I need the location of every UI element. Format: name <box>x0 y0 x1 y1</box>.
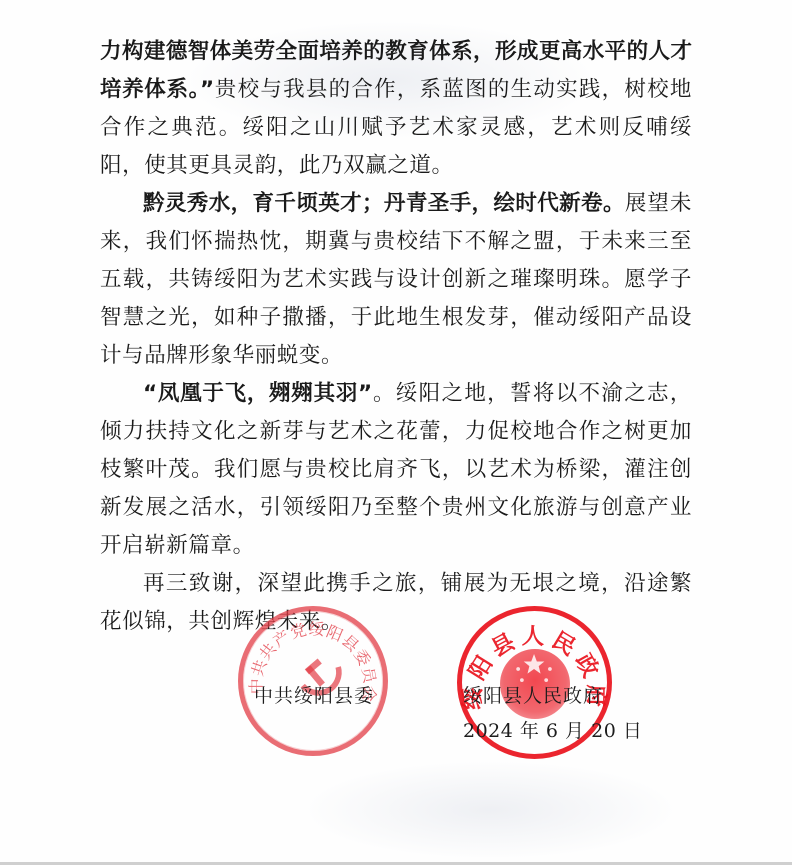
paragraph-2: 黔灵秀水，育千顷英才；丹青圣手，绘时代新卷。展望未来，我们怀揣热忱，期冀与贵校结… <box>100 185 692 375</box>
signer-government: 绥阳县人民政府 <box>463 681 603 708</box>
heading-phrase: 黔灵秀水，育千顷英才；丹青圣手，绘时代新卷。 <box>143 191 625 216</box>
letter-body: 力构建德智体美劳全面培养的教育体系，形成更高水平的人才培养体系。”贵校与我县的合… <box>100 33 692 641</box>
document-page: 力构建德智体美劳全面培养的教育体系，形成更高水平的人才培养体系。”贵校与我县的合… <box>0 0 792 865</box>
heading-phrase: “凤凰于飞，翙翙其羽” <box>143 381 372 406</box>
signature-date: 2024 年 6 月 20 日 <box>463 716 642 743</box>
scan-bleed-through <box>300 760 680 860</box>
paragraph-3: “凤凰于飞，翙翙其羽”。绥阳之地，誓将以不渝之志，倾力扶持文化之新芽与艺术之花蕾… <box>100 375 692 565</box>
paragraph-text: 。绥阳之地，誓将以不渝之志，倾力扶持文化之新芽与艺术之花蕾，力促校地合作之树更加… <box>100 381 692 558</box>
star-icon <box>524 654 545 674</box>
paragraph-text: 展望未来，我们怀揣热忱，期冀与贵校结下不解之盟，于未来三至五载，共铸绥阳为艺术实… <box>100 191 692 368</box>
signer-party-committee: 中共绥阳县委 <box>254 681 374 708</box>
paragraph-1: 力构建德智体美劳全面培养的教育体系，形成更高水平的人才培养体系。”贵校与我县的合… <box>100 33 692 185</box>
